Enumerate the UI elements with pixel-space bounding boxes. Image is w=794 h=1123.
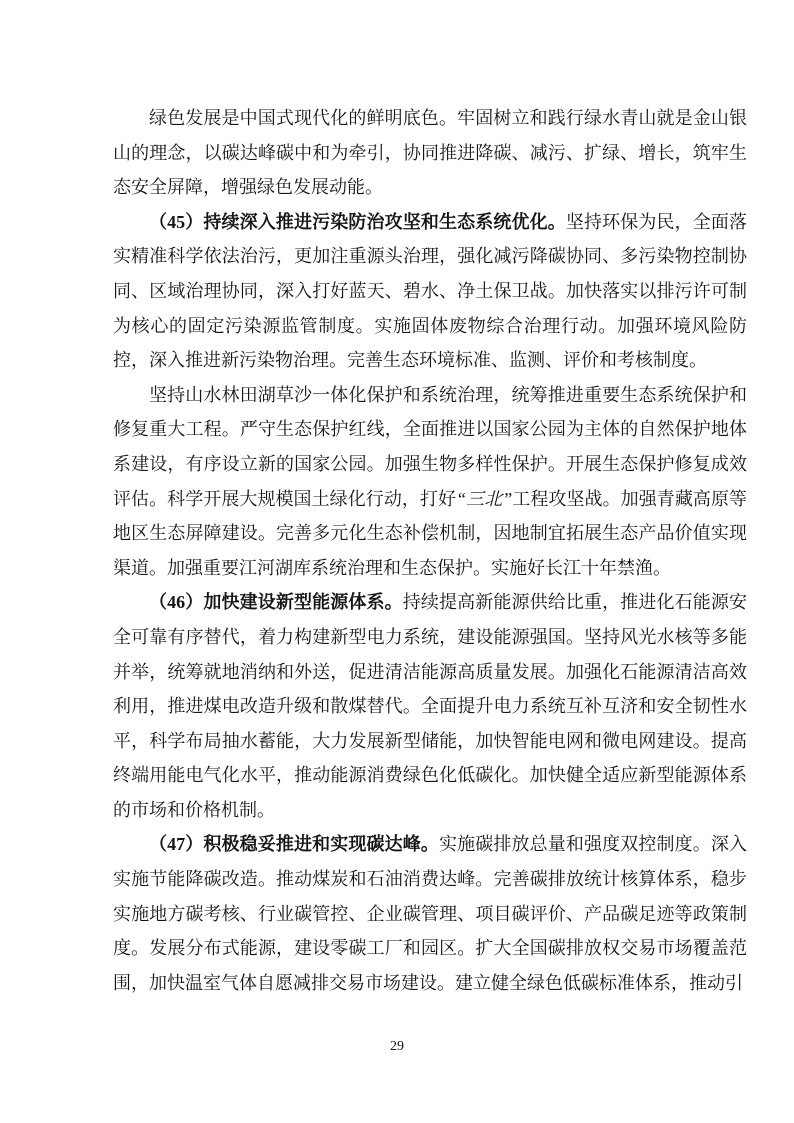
- paragraph-text: 坚持环保为民，全面落实精准科学依法治污，更加注重源头治理，强化减污降碳协同、多污…: [113, 212, 747, 370]
- paragraph-green-development: 绿色发展是中国式现代化的鲜明底色。牢固树立和践行绿水青山就是金山银山的理念，以碳…: [113, 101, 747, 205]
- page-number: 29: [0, 1039, 794, 1055]
- document-body: 绿色发展是中国式现代化的鲜明底色。牢固树立和践行绿水青山就是金山银山的理念，以碳…: [113, 101, 747, 1000]
- paragraph-ecosystem-protection: 坚持山水林田湖草沙一体化保护和系统治理，统筹推进重要生态系统保护和修复重大工程。…: [113, 378, 747, 586]
- section-46-heading: （46）加快建设新型能源体系。: [149, 592, 403, 612]
- paragraph-section-45: （45）持续深入推进污染防治攻坚和生态系统优化。坚持环保为民，全面落实精准科学依…: [113, 205, 747, 378]
- section-47-heading: （47）积极稳妥推进和实现碳达峰。: [149, 834, 439, 854]
- paragraph-text: 实施碳排放总量和强度双控制度。深入实施节能降碳改造。推动煤炭和石油消费达峰。完善…: [113, 834, 747, 992]
- paragraph-text: 持续提高新能源供给比重，推进化石能源安全可靠有序替代，着力构建新型电力系统，建设…: [113, 592, 747, 820]
- section-45-heading: （45）持续深入推进污染防治攻坚和生态系统优化。: [149, 212, 566, 232]
- quoted-term-sanbei: “三北”: [456, 489, 512, 509]
- document-page: 绿色发展是中国式现代化的鲜明底色。牢固树立和践行绿水青山就是金山银山的理念，以碳…: [0, 0, 794, 1123]
- paragraph-section-46: （46）加快建设新型能源体系。持续提高新能源供给比重，推进化石能源安全可靠有序替…: [113, 585, 747, 827]
- paragraph-text: 绿色发展是中国式现代化的鲜明底色。牢固树立和践行绿水青山就是金山银山的理念，以碳…: [113, 108, 747, 197]
- paragraph-section-47: （47）积极稳妥推进和实现碳达峰。实施碳排放总量和强度双控制度。深入实施节能降碳…: [113, 827, 747, 1000]
